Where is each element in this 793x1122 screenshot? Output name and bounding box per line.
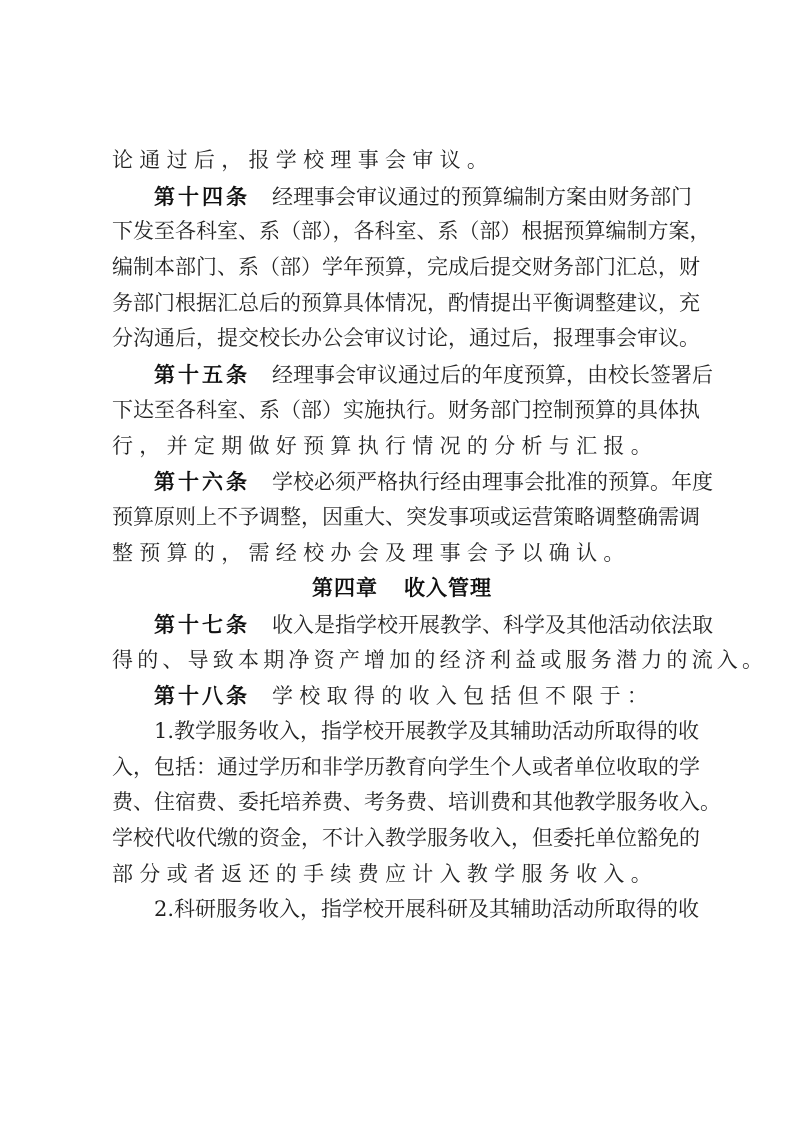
article-18-line: 第十八条学校取得的收入包括但不限于：	[112, 678, 692, 714]
article-text: 收入是指学校开展教学、科学及其他活动依法取	[272, 613, 713, 637]
paragraph-line: 费、住宿费、委托培养费、考务费、培训费和其他教学服务收入。	[112, 785, 692, 821]
paragraph-line: 论通过后，报学校理事会审议。	[112, 143, 692, 179]
paragraph-line: 务部门根据汇总后的预算具体情况，酌情提出平衡调整建议，充	[112, 286, 692, 322]
paragraph-line: 下达至各科室、系（部）实施执行。财务部门控制预算的具体执	[112, 393, 692, 429]
article-text: 学校取得的收入包括但不限于：	[272, 684, 654, 708]
paragraph-line: 得的、导致本期净资产增加的经济利益或服务潜力的流入。	[112, 643, 692, 679]
paragraph-line: 行，并定期做好预算执行情况的分析与汇报。	[112, 429, 692, 465]
paragraph-line: 预算原则上不予调整，因重大、突发事项或运营策略调整确需调	[112, 500, 692, 536]
article-number: 第十七条	[154, 612, 250, 637]
list-item-line: 2.科研服务收入，指学校开展科研及其辅助活动所取得的收	[112, 892, 692, 928]
article-15-line: 第十五条经理事会审议通过后的年度预算，由校长签署后	[112, 357, 692, 393]
chapter-title: 收入管理	[404, 576, 492, 600]
article-number: 第十五条	[154, 362, 250, 387]
article-number: 第十六条	[154, 469, 250, 494]
article-text: 经理事会审议通过后的年度预算，由校长签署后	[272, 363, 713, 387]
chapter-number: 第四章	[312, 576, 378, 600]
document-page: 论通过后，报学校理事会审议。 第十四条经理事会审议通过的预算编制方案由财务部门 …	[0, 0, 793, 1122]
paragraph-line: 学校代收代缴的资金，不计入教学服务收入，但委托单位豁免的	[112, 821, 692, 857]
document-body: 论通过后，报学校理事会审议。 第十四条经理事会审议通过的预算编制方案由财务部门 …	[112, 143, 692, 928]
paragraph-line: 编制本部门、系（部）学年预算，完成后提交财务部门汇总，财	[112, 250, 692, 286]
article-16-line: 第十六条学校必须严格执行经由理事会批准的预算。年度	[112, 464, 692, 500]
paragraph-line: 分沟通后，提交校长办公会审议讨论，通过后，报理事会审议。	[112, 321, 692, 357]
paragraph-line: 入，包括：通过学历和非学历教育向学生个人或者单位收取的学	[112, 750, 692, 786]
list-item-line: 1.教学服务收入，指学校开展教学及其辅助活动所取得的收	[112, 714, 692, 750]
paragraph-line: 下发至各科室、系（部），各科室、系（部）根据预算编制方案，	[112, 214, 692, 250]
article-text: 学校必须严格执行经由理事会批准的预算。年度	[272, 470, 713, 494]
article-17-line: 第十七条收入是指学校开展教学、科学及其他活动依法取	[112, 607, 692, 643]
article-14-line: 第十四条经理事会审议通过的预算编制方案由财务部门	[112, 179, 692, 215]
article-number: 第十八条	[154, 683, 250, 708]
article-text: 经理事会审议通过的预算编制方案由财务部门	[272, 185, 692, 209]
article-number: 第十四条	[154, 184, 250, 209]
paragraph-line: 整预算的，需经校办会及理事会予以确认。	[112, 536, 692, 572]
chapter-heading: 第四章收入管理	[112, 571, 692, 607]
paragraph-line: 部分或者返还的手续费应计入教学服务收入。	[112, 857, 692, 893]
